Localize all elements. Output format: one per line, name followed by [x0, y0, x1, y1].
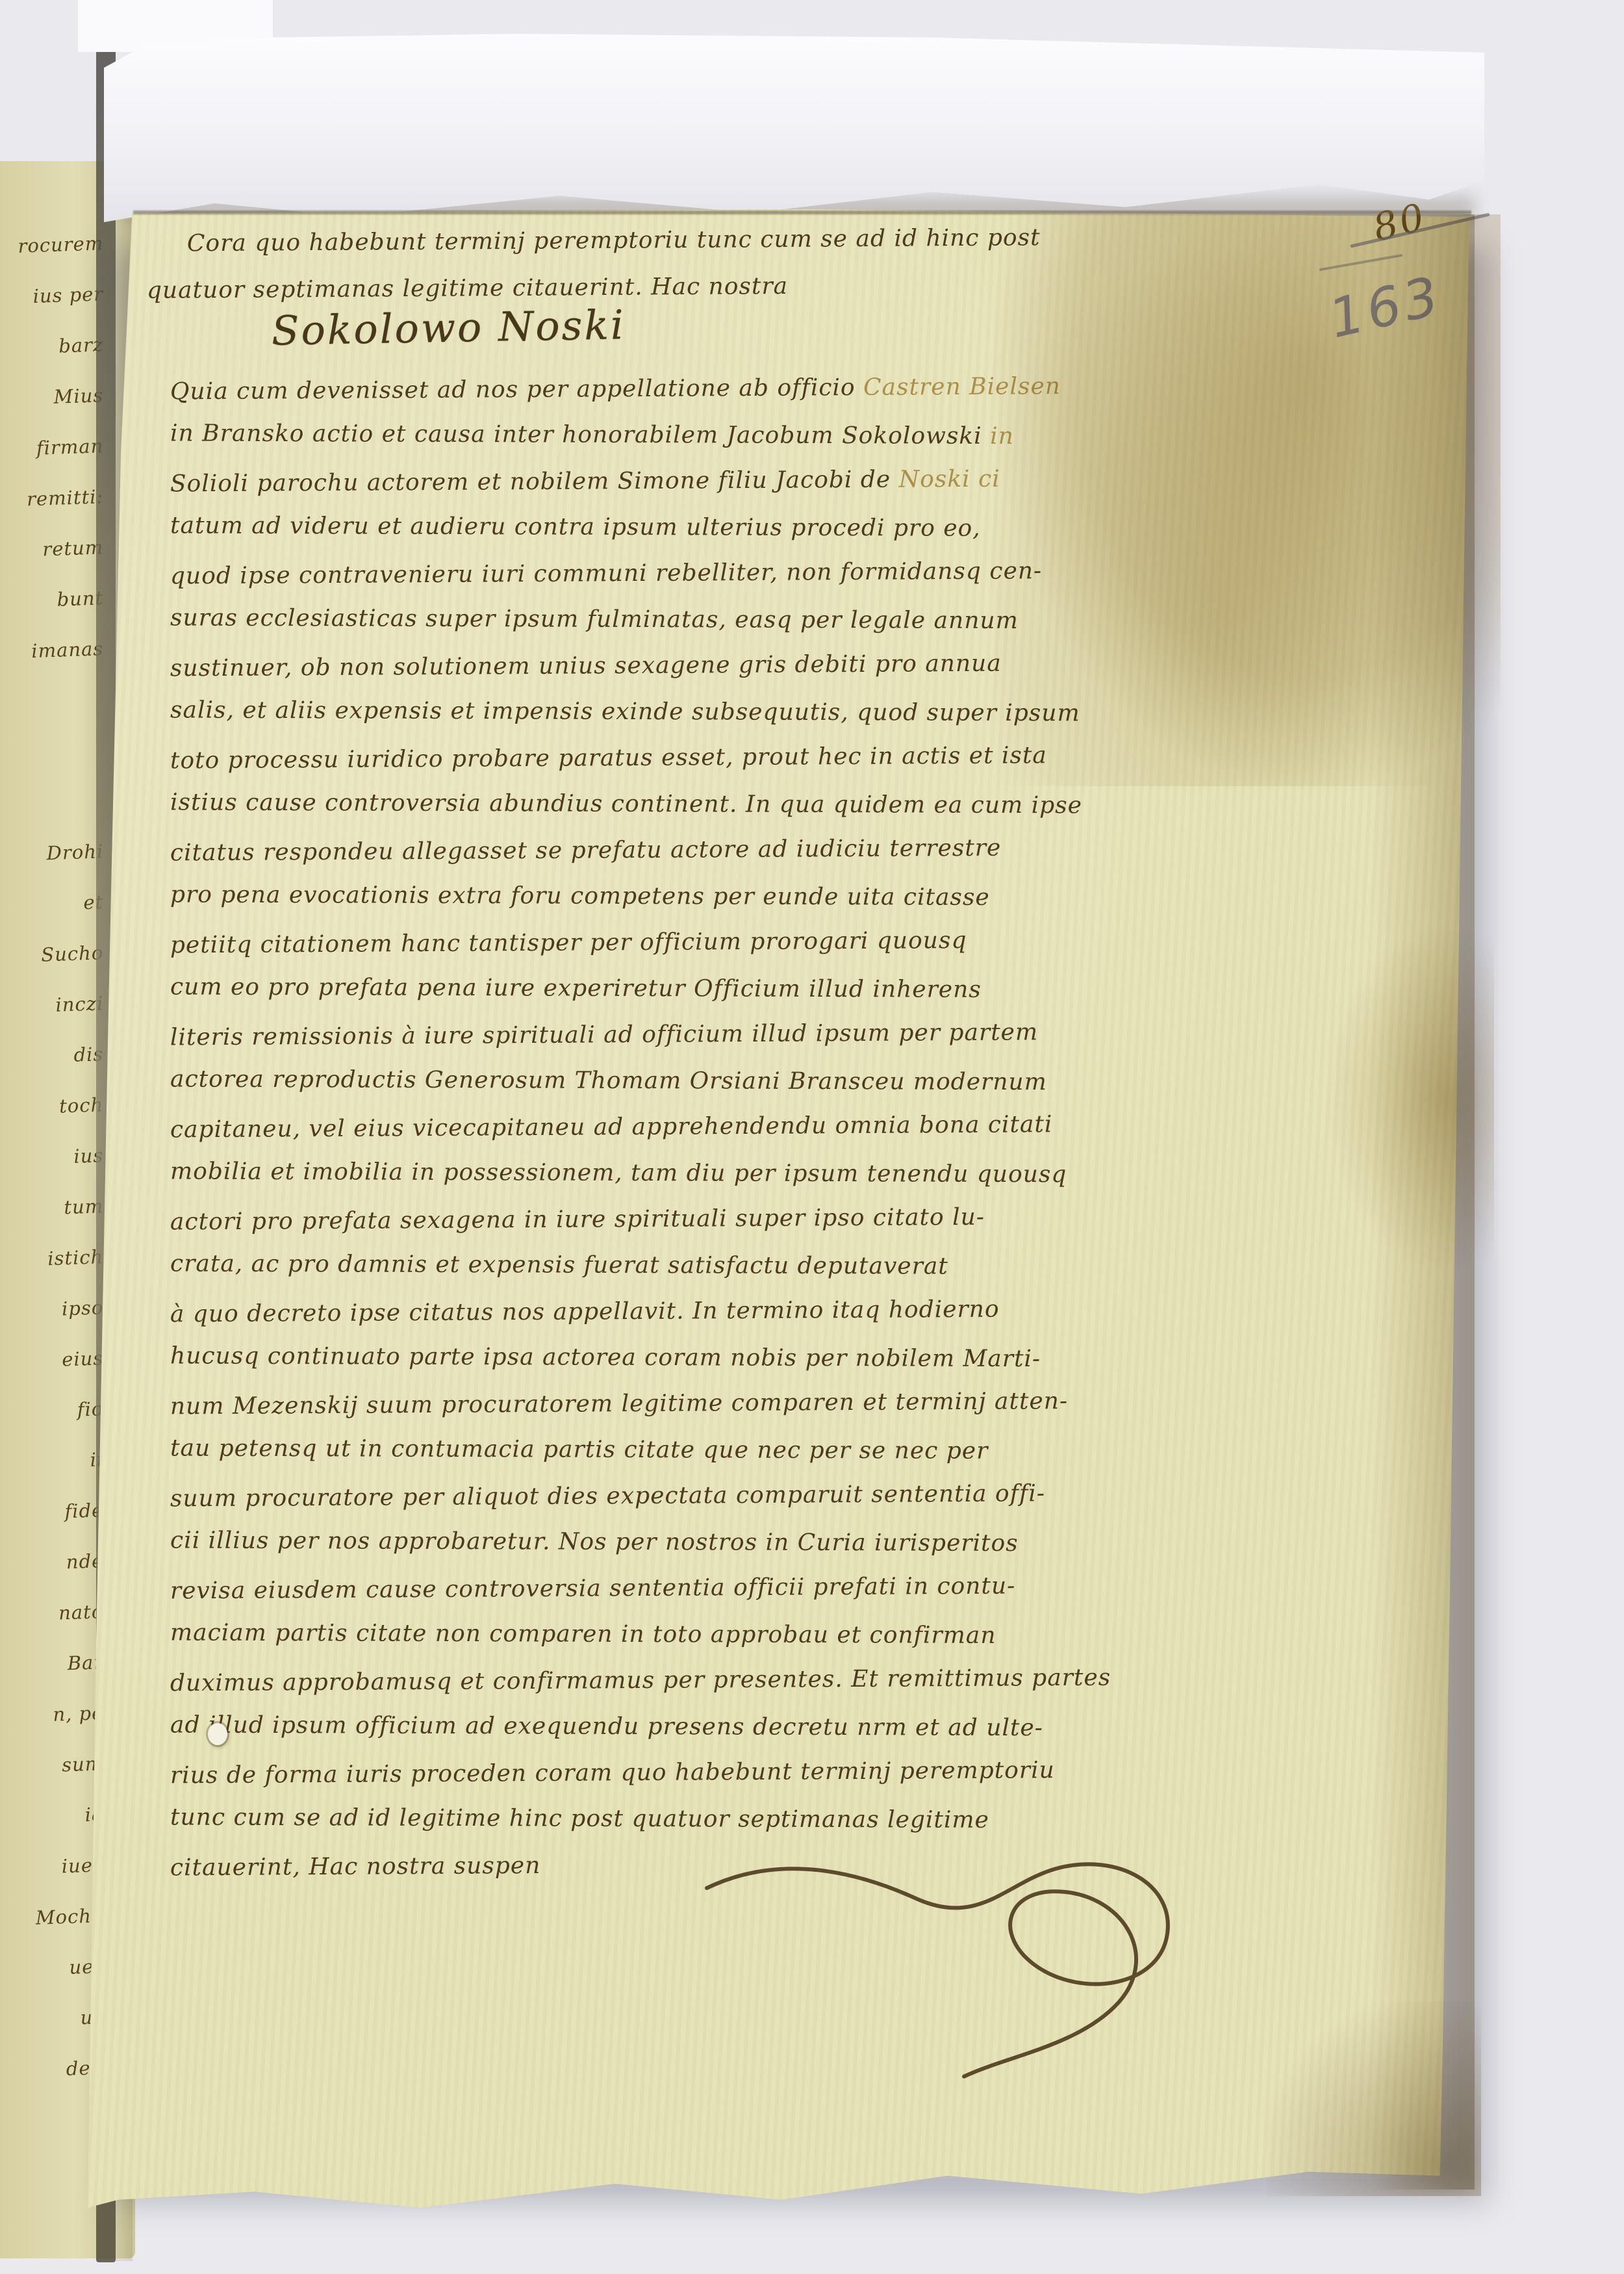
manuscript-line: Cora quo habebunt terminj peremptoriu tu… [147, 224, 1041, 277]
manuscript-line: pro pena evocationis extra foru competen… [170, 881, 1111, 930]
manuscript-line: literis remissionis à iure spirituali ad… [170, 1019, 1111, 1071]
manuscript-line: mobilia et imobilia in possessionem, tam… [170, 1158, 1111, 1207]
fragment-line: ia [0, 1803, 105, 1858]
fragment-line [0, 739, 105, 793]
fragment-line: ii [0, 1448, 105, 1503]
facing-page-text-fragments: rocuremius perbarzMiusfirmanremitti:retu… [0, 234, 104, 2109]
manuscript-line: actori pro prefata sexagena in iure spir… [170, 1203, 1111, 1255]
fragment-line: rocurem [0, 232, 105, 287]
manuscript-line: petiitq citationem hanc tantisper per of… [170, 926, 1111, 978]
manuscript-line: tatum ad videru et audieru contra ipsum … [170, 512, 1111, 561]
interleaf-sheet [104, 34, 1484, 222]
fragment-line: Mocha [0, 1904, 105, 1959]
manuscript-line: revisa eiusdem cause controversia senten… [170, 1572, 1111, 1624]
manuscript-line: num Mezenskij suum procuratorem legitime… [170, 1388, 1111, 1440]
manuscript-line: cum eo pro prefata pena iure experiretur… [170, 973, 1111, 1023]
manuscript-line: Quia cum devenisset ad nos per appellati… [170, 373, 1111, 425]
fragment-line [0, 688, 105, 743]
manuscript-line: cii illius per nos approbaretur. Nos per… [170, 1527, 1111, 1576]
fragment-line: remitti: [0, 485, 105, 540]
manuscript-line: duximus approbamusq et confirmamus per p… [170, 1665, 1111, 1717]
ink-text: Quia cum devenisset ad nos per appellati… [170, 374, 863, 405]
fragment-line: firman [0, 435, 105, 489]
fragment-line: bunt [0, 587, 105, 641]
manuscript-line: ad illud ipsum officium ad exequendu pre… [170, 1711, 1111, 1761]
manuscript-line: capitaneu, vel eius vicecapitaneu ad app… [170, 1111, 1111, 1163]
fragment-line: retum [0, 536, 105, 591]
fragment-line: iuez [0, 1854, 105, 1908]
fragment-line: den [0, 2056, 105, 2111]
manuscript-line: quod ipse contravenieru iuri communi reb… [170, 557, 1111, 609]
fragment-line: Sucho [0, 941, 105, 996]
manuscript-line: tau petensq ut in contumacia partis cita… [170, 1435, 1111, 1484]
manuscript-line: salis, et aliis expensis et impensis exi… [170, 696, 1111, 746]
fragment-line: Mius [0, 384, 105, 439]
manuscript-line: toto processu iuridico probare paratus e… [170, 742, 1111, 794]
manuscript-line: suum procuratore per aliquot dies expect… [170, 1480, 1111, 1532]
fragment-line: tum [0, 1195, 105, 1249]
manuscript-line: maciam partis citate non comparen in tot… [170, 1619, 1111, 1668]
manuscript-line: à quo decreto ipse citatus nos appellavi… [170, 1296, 1111, 1348]
manuscript-line: Solioli parochu actorem et nobilem Simon… [170, 465, 1111, 517]
fragment-line: imanas [0, 637, 105, 692]
manuscript-line: rius de forma iuris proceden coram quo h… [170, 1757, 1111, 1809]
manuscript-line: sustinuer, ob non solutionem unius sexag… [170, 650, 1111, 702]
manuscript-line: hucusq continuato parte ipsa actorea cor… [170, 1342, 1111, 1392]
fragment-line: toch [0, 1093, 105, 1148]
fragment-line: fide [0, 1499, 105, 1553]
fragment-line: Drohi [0, 840, 105, 895]
fragment-line: fio [0, 1398, 105, 1452]
faded-ink-text: Noski ci [898, 466, 1000, 493]
fragment-line: ius per [0, 283, 105, 337]
manuscript-line: citatus respondeu allegasset se prefatu … [170, 834, 1111, 886]
fragment-line: uer [0, 1955, 105, 2010]
pen-flourish [702, 1845, 1208, 2079]
fragment-line: et [0, 891, 105, 945]
fragment-line: dis [0, 1043, 105, 1097]
manuscript-line: istius cause controversia abundius conti… [170, 789, 1111, 838]
parchment-hole [208, 1723, 227, 1745]
page-top-edge [133, 211, 1471, 214]
faded-ink-text: Castren Bielsen [863, 373, 1061, 401]
entry-heading: Sokolowo Noski [271, 301, 626, 354]
fragment-line: istich [0, 1246, 105, 1300]
fragment-line: n, pe [0, 1702, 105, 1756]
body-paragraph: Quia cum devenisset ad nos per appellati… [170, 376, 1111, 1898]
fragment-line: nde [0, 1550, 105, 1604]
fragment-line: us [0, 2006, 105, 2060]
manuscript-line: in Bransko actio et causa inter honorabi… [170, 420, 1111, 469]
manuscript-line: suras ecclesiasticas super ipsum fulmina… [170, 604, 1111, 654]
fragment-line: ius [0, 1144, 105, 1199]
fragment-line: barz [0, 333, 105, 388]
manuscript-line: actorea reproductis Generosum Thomam Ors… [170, 1066, 1111, 1115]
ink-text: Solioli parochu actorem et nobilem Simon… [170, 466, 899, 498]
fragment-line: Bar [0, 1651, 105, 1705]
fragment-line: ipso [0, 1296, 105, 1351]
manuscript-line: crata, ac pro damnis et expensis fuerat … [170, 1250, 1111, 1299]
fragment-line: eius [0, 1347, 105, 1401]
fragment-line: nato [0, 1600, 105, 1655]
ink-text: in Bransko actio et causa inter honorabi… [170, 420, 990, 449]
fragment-line [0, 789, 105, 844]
faded-ink-text: in [990, 423, 1014, 450]
fragment-line: sum [0, 1752, 105, 1807]
manuscript-scan: { "page": { "folio_number_ink": "80", "f… [0, 0, 1624, 2274]
fragment-line: inczi [0, 992, 105, 1047]
